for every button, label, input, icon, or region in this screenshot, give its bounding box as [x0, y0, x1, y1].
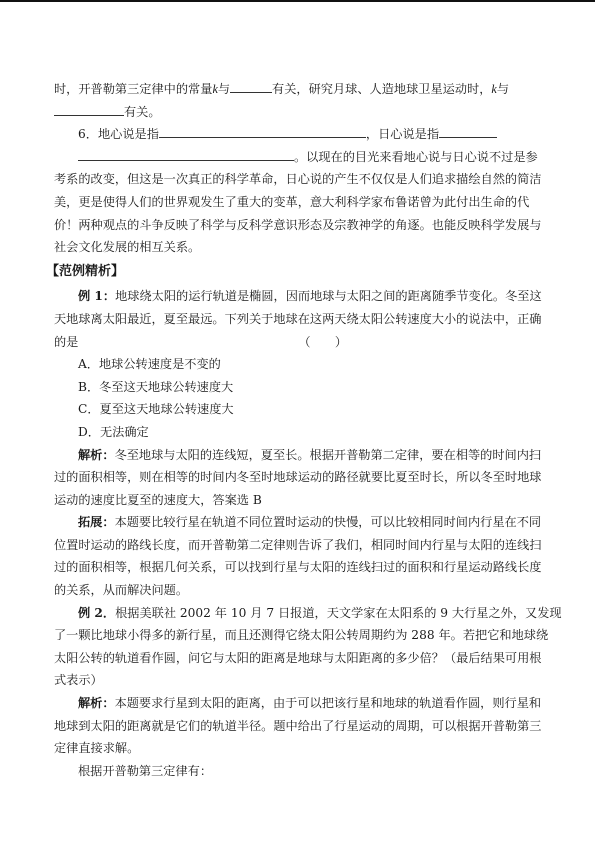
text: 冬至地球与太阳的连线短，夏至长。根据开普勒第二定律，要在相等的时间内扫: [115, 448, 542, 462]
text-line: 了一颗比地球小得多的新行星，而且还测得它绕太阳公转周期约为 288 年。若把它和…: [54, 624, 550, 647]
fill-blank: [439, 123, 497, 138]
text-line: 。以现在的目光来看地心说与日心说不过是参: [54, 146, 550, 169]
fill-blank: [159, 123, 366, 138]
extension-label: 拓展：: [78, 515, 115, 529]
text: 本题要比较行星在轨道不同位置时运动的快慢，可以比较相同时间内行星在不同: [115, 515, 542, 529]
text-line: 美，更是使得人们的世界观发生了重大的变革，意大利科学家布鲁诺曾为此付出生命的代: [54, 191, 550, 214]
text-line: 的是（ ）: [54, 331, 550, 354]
document-page: 时，开普勒第三定律中的常量k与有关，研究月球、人造地球卫星运动时，k与 有关。 …: [54, 78, 550, 782]
text-line: 根据开普勒第三定律有：: [54, 760, 550, 783]
text-line: 有关。: [54, 101, 550, 124]
option-c: C．夏至这天地球公转速度大: [54, 398, 550, 421]
extension: 拓展：本题要比较行星在轨道不同位置时运动的快慢，可以比较相同时间内行星在不同: [54, 511, 550, 534]
text-line: 天地球离太阳最近，夏至最远。下列关于地球在这两天绕太阳公转速度大小的说法中，正确: [54, 308, 550, 331]
option-b: B．冬至这天地球公转速度大: [54, 376, 550, 399]
text-line: 时，开普勒第三定律中的常量k与有关，研究月球、人造地球卫星运动时，k与: [54, 78, 550, 101]
example-label: 例 1：: [78, 289, 115, 303]
text: 有关，研究月球、人造地球卫星运动时，: [272, 82, 491, 96]
analysis-label: 解析：: [78, 696, 115, 710]
text-line: 地球到太阳的距离就是它们的轨道半径。题中给出了行星运动的周期，可以根据开普勒第三: [54, 715, 550, 738]
question-6: 6．地心说是指，日心说是指: [54, 123, 550, 146]
text-line: 过的面积相等，根据几何关系，可以找到行星与太阳的连线扫过的面积和行星运动路线长度: [54, 556, 550, 579]
text: 。以现在的目光来看地心说与日心说不过是参: [294, 150, 538, 164]
text: 本题要求行星到太阳的距离，由于可以把该行星和地球的轨道看作圆，则行星和: [115, 696, 542, 710]
example-2: 例 2．根据美联社 2002 年 10 月 7 日报道，天文学家在太阳系的 9 …: [54, 602, 550, 625]
analysis-label: 解析：: [78, 448, 115, 462]
text-line: 式表示）: [54, 669, 550, 692]
example-1: 例 1：地球绕太阳的运行轨道是椭圆，因而地球与太阳之间的距离随季节变化。冬至这: [54, 285, 550, 308]
text-line: 太阳公转的轨道看作圆，问它与太阳的距离是地球与太阳距离的多少倍？（最后结果可用根: [54, 647, 550, 670]
text-line: 价！两种观点的斗争反映了科学与反科学意识形态及宗教神学的角逐。也能反映科学发展与: [54, 214, 550, 237]
text: 有关。: [124, 105, 161, 119]
answer-paren: （ ）: [298, 331, 347, 354]
text: ，日心说是指: [366, 127, 439, 141]
analysis-1: 解析：冬至地球与太阳的连线短，夏至长。根据开普勒第二定律，要在相等的时间内扫: [54, 444, 550, 467]
text-line: 位置时运动的路线长度，而开普勒第二定律则告诉了我们，相同时间内行星与太阳的连线扫: [54, 534, 550, 557]
text-line: 过的面积相等，则在相等的时间内冬至时地球运动的路径就要比夏至时长，所以冬至时地球: [54, 466, 550, 489]
fill-blank: [230, 78, 272, 93]
option-a: A．地球公转速度是不变的: [54, 353, 550, 376]
text: 与: [497, 82, 509, 96]
text: 6．地心说是指: [78, 127, 159, 141]
text: 地球绕太阳的运行轨道是椭圆，因而地球与太阳之间的距离随季节变化。冬至这: [115, 289, 542, 303]
text: 根据美联社 2002 年 10 月 7 日报道，天文学家在太阳系的 9 大行星之…: [115, 606, 561, 620]
fill-blank: [78, 146, 294, 161]
text-line: 运动的速度比夏至的速度大，答案选 B: [54, 489, 550, 512]
text-line: 的关系，从而解决问题。: [54, 579, 550, 602]
analysis-2: 解析：本题要求行星到太阳的距离，由于可以把该行星和地球的轨道看作圆，则行星和: [54, 692, 550, 715]
example-label: 例 2．: [78, 606, 115, 620]
text: 与: [218, 82, 230, 96]
option-d: D．无法确定: [54, 421, 550, 444]
text: 的是: [54, 335, 78, 349]
text-line: 社会文化发展的相互关系。: [54, 236, 550, 259]
text-line: 定律直接求解。: [54, 737, 550, 760]
text-line: 考系的改变，但这是一次真正的科学革命，日心说的产生不仅仅是人们追求描绘自然的简洁: [54, 168, 550, 191]
fill-blank: [54, 101, 124, 116]
section-title: 【范例精析】: [46, 261, 550, 284]
text: 时，开普勒第三定律中的常量: [54, 82, 212, 96]
top-border: [0, 0, 595, 2]
